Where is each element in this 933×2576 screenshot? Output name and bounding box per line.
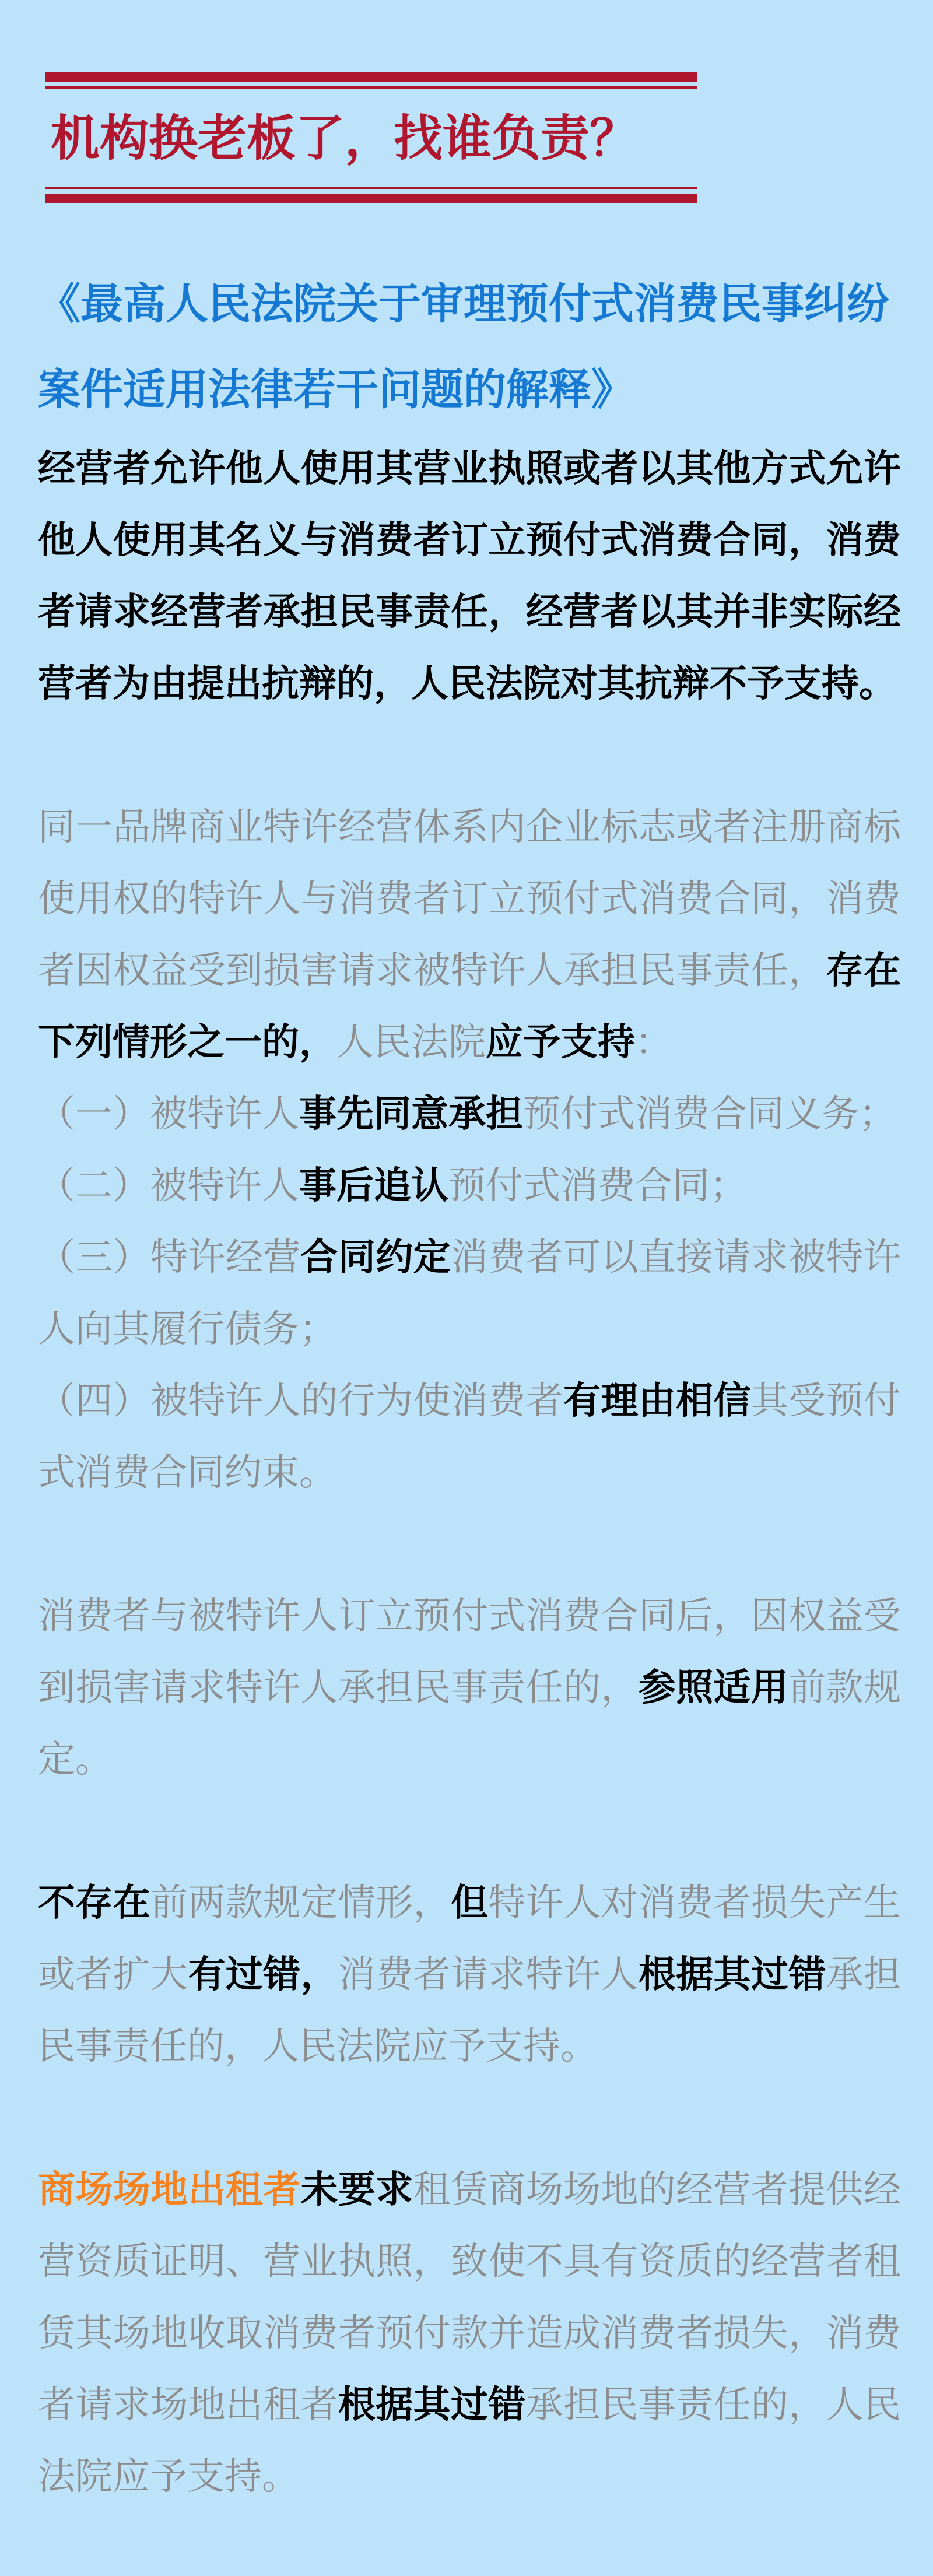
fault-bold-but: 但 xyxy=(451,1882,488,1924)
lessor-bold-notrequire: 未要求 xyxy=(301,2169,413,2210)
para-reference-apply: 消费者与被特许人订立预付式消费合同后，因权益受到损害请求特许人承担民事责任的，参… xyxy=(38,1580,901,1795)
circumstance-list: （一）被特许人事先同意承担预付式消费合同义务； （二）被特许人事后追认预付式消费… xyxy=(38,1078,901,1508)
lessor-orange: 商场场地出租者 xyxy=(38,2169,301,2210)
infographic-page: 机构换老板了，找谁负责？ 《最高人民法院关于审理预付式消费民事纠纷 案件适用法律… xyxy=(0,0,933,2576)
fault-gray-1: 前两款规定情形， xyxy=(150,1882,451,1924)
fault-gray-3: 消费者请求特许人 xyxy=(338,1954,639,1995)
franchise-colon: ： xyxy=(635,1022,672,1063)
item1-bold: 事先同意承担 xyxy=(299,1093,523,1135)
list-item-2: （二）被特许人事后追认预付式消费合同； xyxy=(38,1150,901,1222)
title-banner: 机构换老板了，找谁负责？ xyxy=(38,72,901,203)
list-item-3: （三）特许经营合同约定消费者可以直接请求被特许人向其履行债务； xyxy=(38,1222,901,1365)
item2-bold: 事后追认 xyxy=(299,1165,448,1206)
list-item-4: （四）被特许人的行为使消费者有理由相信其受预付式消费合同约束。 xyxy=(38,1365,901,1508)
item4-pre: （四）被特许人的行为使消费者 xyxy=(38,1380,563,1422)
fault-bold-notexist: 不存在 xyxy=(38,1882,150,1924)
para-franchisor-fault: 不存在前两款规定情形，但特许人对消费者损失产生或者扩大有过错，消费者请求特许人根… xyxy=(38,1867,901,2082)
lessor-bold-byfault: 根据其过错 xyxy=(338,2384,526,2426)
item1-post: 预付式消费合同义务； xyxy=(523,1093,896,1135)
para-mall-lessor: 商场场地出租者未要求租赁商场场地的经营者提供经营资质证明、营业执照，致使不具有资… xyxy=(38,2154,901,2512)
item3-pre: （三）特许经营 xyxy=(38,1237,301,1278)
judicial-interpretation-heading: 《最高人民法院关于审理预付式消费民事纠纷 案件适用法律若干问题的解释》 xyxy=(38,261,901,433)
item2-post: 预付式消费合同； xyxy=(448,1165,747,1206)
heading-line-1: 《最高人民法院关于审理预付式消费民事纠纷 xyxy=(38,261,901,347)
banner-rule-thin-top xyxy=(45,86,697,89)
item4-bold: 有理由相信 xyxy=(563,1380,751,1422)
heading-line-2: 案件适用法律若干问题的解释》 xyxy=(38,347,901,433)
item1-pre: （一）被特许人 xyxy=(38,1093,299,1135)
page-title: 机构换老板了，找谁负责？ xyxy=(51,112,901,167)
franchise-bold-support: 应予支持 xyxy=(486,1022,635,1063)
reference-bold: 参照适用 xyxy=(639,1667,788,1708)
item2-pre: （二）被特许人 xyxy=(38,1165,299,1206)
list-item-1: （一）被特许人事先同意承担预付式消费合同义务； xyxy=(38,1078,901,1150)
banner-rule-thick-bottom xyxy=(45,194,697,203)
fault-bold-hasfault: 有过错， xyxy=(188,1954,338,1995)
banner-rule-thick-top xyxy=(45,72,697,82)
operator-license-text: 经营者允许他人使用其营业执照或者以其他方式允许他人使用其名义与消费者订立预付式消… xyxy=(38,448,901,704)
banner-rules-top xyxy=(45,72,697,89)
franchise-intro: 同一品牌商业特许经营体系内企业标志或者注册商标使用权的特许人与消费者订立预付式消… xyxy=(38,806,901,991)
para-franchise-conditions: 同一品牌商业特许经营体系内企业标志或者注册商标使用权的特许人与消费者订立预付式消… xyxy=(38,791,901,1078)
fault-bold-byfault: 根据其过错 xyxy=(639,1954,826,1995)
franchise-court: 人民法院 xyxy=(336,1022,486,1063)
item3-bold: 合同约定 xyxy=(301,1237,451,1278)
banner-rules-bottom xyxy=(45,187,697,203)
banner-rule-thin-bottom xyxy=(45,187,697,189)
para-operator-license: 经营者允许他人使用其营业执照或者以其他方式允许他人使用其名义与消费者订立预付式消… xyxy=(38,433,901,720)
